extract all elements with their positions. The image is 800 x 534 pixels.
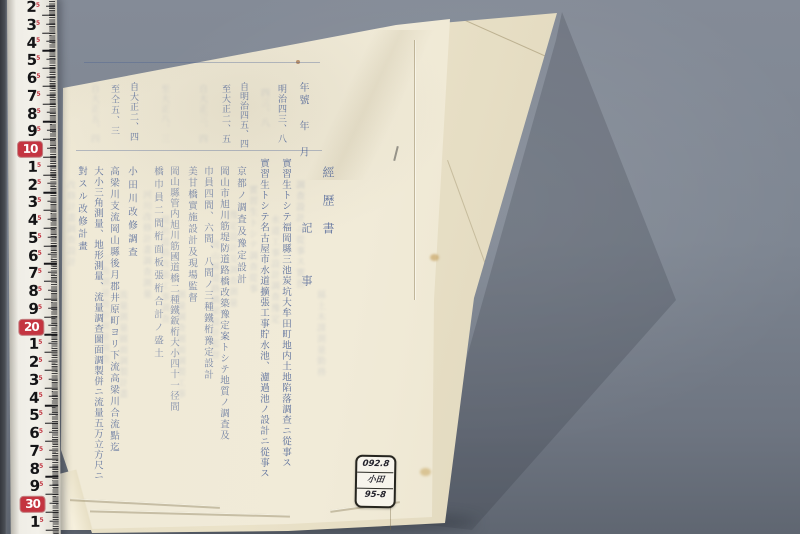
half-cm-tick — [49, 449, 58, 450]
ruler-number: 3 — [19, 17, 43, 32]
half-cm-tick — [46, 59, 55, 60]
half-cm-tick — [48, 272, 57, 273]
cm-tick — [43, 139, 56, 140]
ruler-number: 9 — [20, 124, 44, 139]
cm-tick — [46, 529, 59, 530]
ghost-bleedthrough-text: 豫定設計及調查測量 — [226, 210, 239, 309]
half-cm-tick — [48, 325, 57, 326]
document-title: 經歷書 — [320, 166, 337, 250]
cm-tick — [44, 352, 57, 353]
half-cm-tick — [47, 148, 56, 149]
catalog-name: 小田 — [356, 472, 395, 488]
half-cm-tick — [47, 183, 56, 184]
cm-tick — [45, 369, 58, 370]
cm-tick — [44, 263, 57, 264]
half-cm-tick — [50, 503, 59, 504]
cm-tick — [45, 440, 58, 441]
cm-tick — [43, 156, 56, 157]
half-cm-tick — [49, 432, 58, 433]
ruler-number-red: 30 — [20, 497, 44, 512]
ghost-bleedthrough-text: 自大正五、四 — [88, 84, 101, 144]
ruler-number: 1 — [23, 514, 47, 529]
half-cm-tick — [46, 41, 55, 42]
ghost-bleedthrough-text: 實習生トシテ調查從事 — [246, 185, 259, 295]
fold-crease — [452, 14, 560, 63]
cm-tick — [44, 227, 57, 228]
paper-stain — [430, 254, 439, 261]
catalog-label: 092.8 小田 95-8 — [355, 455, 397, 509]
ruler-number: 2 — [19, 0, 43, 15]
ruler-number: 4 — [19, 35, 43, 50]
cm-tick — [44, 281, 57, 282]
half-cm-tick — [46, 23, 55, 24]
cm-tick — [43, 68, 56, 69]
ruler-number: 9 — [22, 479, 46, 494]
table-edge — [0, 0, 7, 534]
cm-tick — [45, 405, 58, 406]
half-cm-tick — [47, 94, 56, 95]
photo-background: 經歷書年號 年 月記事明治四三、八自明治四五、四至大正二、五自大正二、四至仝五、… — [0, 0, 800, 534]
date-column: 至仝五、三 — [108, 84, 121, 137]
half-cm-tick — [50, 520, 59, 521]
ghost-bleedthrough-text: 三角測量地形測量調查 — [98, 255, 111, 365]
half-cm-tick — [47, 130, 56, 131]
half-cm-tick — [47, 201, 56, 202]
document-page — [0, 0, 800, 534]
ruler-number: 6 — [22, 426, 46, 441]
ruler-number: 7 — [20, 88, 44, 103]
ruler-number: 4 — [21, 213, 45, 228]
half-cm-tick — [48, 307, 57, 308]
ruler-number-red: 20 — [19, 319, 43, 334]
half-cm-tick — [49, 414, 58, 415]
ruler-number: 4 — [22, 390, 46, 405]
half-cm-tick — [48, 236, 57, 237]
catalog-code: 092.8 — [356, 457, 395, 473]
ghost-bleedthrough-text: 河川改修計畫調查測量 — [140, 190, 153, 300]
ruler-number: 1 — [21, 337, 45, 352]
ruler-number-red: 10 — [18, 142, 42, 157]
half-cm-tick — [49, 467, 58, 468]
cm-tick — [43, 85, 56, 86]
ruler-number: 2 — [22, 355, 46, 370]
ruler-number: 8 — [21, 284, 45, 299]
half-cm-tick — [49, 485, 58, 486]
cm-tick — [42, 50, 55, 51]
cm-tick — [44, 245, 57, 246]
catalog-number: 95-8 — [356, 488, 395, 503]
half-cm-tick — [48, 219, 57, 220]
ruler-number: 5 — [19, 53, 43, 68]
ruler-number: 9 — [21, 301, 45, 316]
cm-tick — [43, 121, 56, 122]
half-cm-tick — [48, 343, 57, 344]
half-cm-tick — [46, 6, 55, 7]
ghost-bleedthrough-text: 改修計畫調查設計 — [64, 180, 77, 268]
cm-tick — [45, 387, 58, 388]
cm-tick — [45, 458, 58, 459]
entry-column: 美甘橋實施設計及現場監督 — [184, 166, 198, 304]
ghost-bleedthrough-text: 岡山縣道路橋梁設計監督 — [208, 240, 221, 361]
date-column: 明治四三、八 — [275, 84, 288, 144]
ruler-number: 2 — [20, 177, 44, 192]
column-header: 年號 年 月 — [295, 82, 310, 159]
cm-tick — [44, 298, 57, 299]
ghost-bleedthrough-text: 測量調查圖面調製工事 — [174, 290, 187, 400]
ruler-number: 5 — [22, 408, 46, 423]
ghost-bleedthrough-text: 四三、八 — [258, 88, 271, 128]
ruler-number: 7 — [21, 266, 45, 281]
ruler-number: 8 — [20, 106, 44, 121]
measuring-tape: 5253545556575859510515253545556575859520… — [7, 0, 61, 534]
cm-tick — [45, 494, 58, 495]
ruler-number: 5 — [21, 230, 45, 245]
ruler-number: 6 — [20, 71, 44, 86]
cm-tick — [44, 316, 57, 317]
date-column: 自大正二、四 — [127, 82, 140, 142]
cm-tick — [42, 14, 55, 15]
half-cm-tick — [49, 361, 58, 362]
half-cm-tick — [49, 378, 58, 379]
ghost-bleedthrough-text: 堤防道路改築工事調查 — [158, 215, 171, 325]
cm-tick — [45, 476, 58, 477]
ghost-bleedthrough-text: 調查設計ニ從事ス實習 — [293, 180, 306, 290]
ghost-bleedthrough-text: 流量測量圖面調製計畫 — [116, 290, 129, 400]
half-cm-tick — [47, 77, 56, 78]
ruler-number: 3 — [20, 195, 44, 210]
cm-tick — [45, 423, 58, 424]
ghost-bleedthrough-text: 縣土木課測量勤務 — [314, 290, 327, 378]
cm-tick — [43, 103, 56, 104]
date-column: 自明治四五、四 — [237, 82, 250, 149]
cm-tick — [43, 192, 56, 193]
table-rule-middle — [76, 150, 322, 151]
ruler-number: 1 — [20, 159, 44, 174]
entry-column: 小田川改修調查 — [124, 166, 138, 261]
cm-tick — [44, 334, 57, 335]
ruler-number: 6 — [21, 248, 45, 263]
ruler-number: 3 — [22, 372, 46, 387]
ghost-bleedthrough-text: 自大正三、四 — [196, 84, 209, 144]
cm-tick — [43, 174, 56, 175]
fold-shading — [262, 30, 472, 180]
half-cm-tick — [48, 254, 57, 255]
cm-tick — [42, 32, 55, 33]
half-cm-tick — [47, 112, 56, 113]
table-rule-top — [84, 62, 320, 63]
cm-tick — [46, 511, 59, 512]
cm-tick — [43, 210, 56, 211]
ghost-bleedthrough-text: 至大正八、三 — [158, 84, 171, 144]
ruler-number: 8 — [22, 461, 46, 476]
half-cm-tick — [47, 165, 56, 166]
half-cm-tick — [48, 290, 57, 291]
ghost-bleedthrough-text: 水道工事設計調查豫定 — [268, 215, 281, 325]
paper-stain — [420, 468, 431, 476]
half-cm-tick — [49, 396, 58, 397]
date-column: 至大正二、五 — [219, 84, 232, 144]
ruler-number: 7 — [22, 443, 46, 458]
millimeter-ticks — [49, 0, 59, 534]
